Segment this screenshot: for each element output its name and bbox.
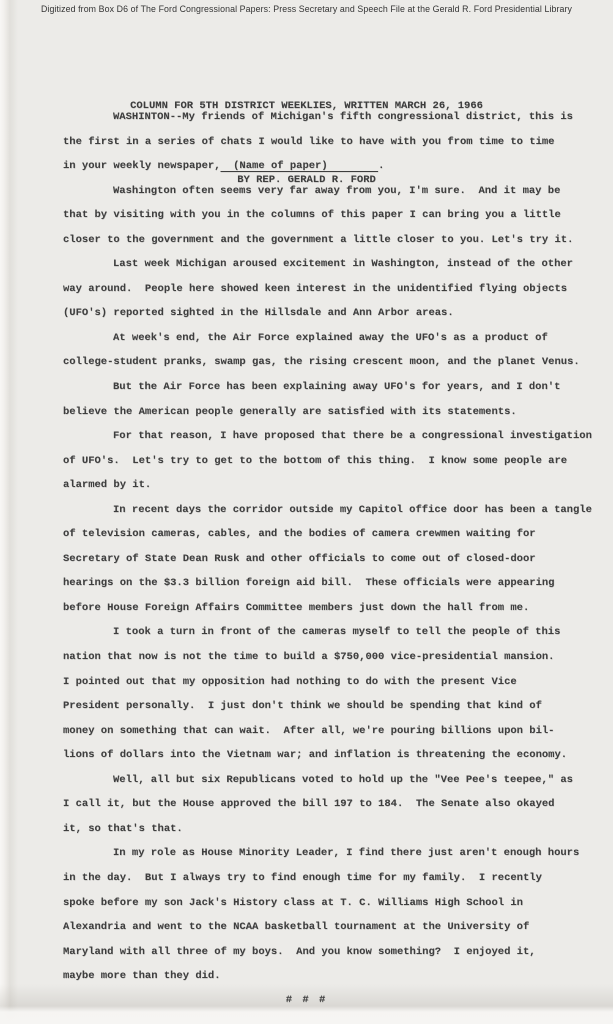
document-line: Washington often seems very far away fro…	[63, 179, 583, 204]
document-line: Alexandria and went to the NCAA basketba…	[63, 915, 583, 940]
document-line: Maryland with all three of my boys. And …	[63, 940, 583, 965]
document-line: way around. People here showed keen inte…	[63, 277, 583, 302]
document-line: President personally. I just don't think…	[63, 694, 583, 719]
document-line: Well, all but six Republicans voted to h…	[63, 768, 583, 793]
text-segment: .	[378, 160, 384, 172]
document-line: before House Foreign Affairs Committee m…	[63, 596, 583, 621]
paragraph: Last week Michigan aroused excitement in…	[63, 252, 583, 326]
document-line: For that reason, I have proposed that th…	[63, 424, 583, 449]
paragraph: I took a turn in front of the cameras my…	[63, 620, 583, 767]
digitization-note: Digitized from Box D6 of The Ford Congre…	[0, 4, 613, 14]
scanned-document-page: { "page": { "digitization_note": "Digiti…	[0, 0, 613, 1024]
document-line: lions of dollars into the Vietnam war; a…	[63, 743, 583, 768]
document-line: In recent days the corridor outside my C…	[63, 498, 583, 523]
document-line: of UFO's. Let's try to get to the bottom…	[63, 449, 583, 474]
document-line: I call it, but the House approved the bi…	[63, 792, 583, 817]
paragraph: For that reason, I have proposed that th…	[63, 424, 583, 498]
document-line: In my role as House Minority Leader, I f…	[63, 841, 583, 866]
document-line: Secretary of State Dean Rusk and other o…	[63, 547, 583, 572]
document-line: nation that now is not the time to build…	[63, 645, 583, 670]
document-line: college-student pranks, swamp gas, the r…	[63, 350, 583, 375]
document-line: money on something that can wait. After …	[63, 719, 583, 744]
document-line: believe the American people generally ar…	[63, 400, 583, 425]
paragraph: Well, all but six Republicans voted to h…	[63, 768, 583, 842]
end-marker: # # #	[0, 988, 613, 1013]
document-line: maybe more than they did.	[63, 964, 583, 989]
document-line: of television cameras, cables, and the b…	[63, 522, 583, 547]
document-line: spoke before my son Jack's History class…	[63, 891, 583, 916]
document-line: that by visiting with you in the columns…	[63, 203, 583, 228]
text-segment: in your weekly newspaper,	[63, 160, 221, 172]
document-line: (UFO's) reported sighted in the Hillsdal…	[63, 301, 583, 326]
document-line: hearings on the $3.3 billion foreign aid…	[63, 571, 583, 596]
document-line: I took a turn in front of the cameras my…	[63, 620, 583, 645]
paragraph: Washington often seems very far away fro…	[63, 179, 583, 253]
paragraph: In recent days the corridor outside my C…	[63, 498, 583, 621]
document-line: At week's end, the Air Force explained a…	[63, 326, 583, 351]
document-line: closer to the government and the governm…	[63, 228, 583, 253]
document-line: in your weekly newspaper, (Name of paper…	[63, 154, 583, 179]
name-of-paper-blank: (Name of paper)	[221, 160, 379, 172]
document-line: the first in a series of chats I would l…	[63, 130, 583, 155]
document-body: WASHINTON--My friends of Michigan's fift…	[63, 105, 583, 989]
document-line: in the day. But I always try to find eno…	[63, 866, 583, 891]
document-line: WASHINTON--My friends of Michigan's fift…	[63, 105, 583, 130]
document-line: it, so that's that.	[63, 817, 583, 842]
paragraph: But the Air Force has been explaining aw…	[63, 375, 583, 424]
paragraph: In my role as House Minority Leader, I f…	[63, 841, 583, 988]
document-line: Last week Michigan aroused excitement in…	[63, 252, 583, 277]
document-line: I pointed out that my opposition had not…	[63, 670, 583, 695]
paragraph: WASHINTON--My friends of Michigan's fift…	[63, 105, 583, 179]
document-line: But the Air Force has been explaining aw…	[63, 375, 583, 400]
document-line: alarmed by it.	[63, 473, 583, 498]
paragraph: At week's end, the Air Force explained a…	[63, 326, 583, 375]
